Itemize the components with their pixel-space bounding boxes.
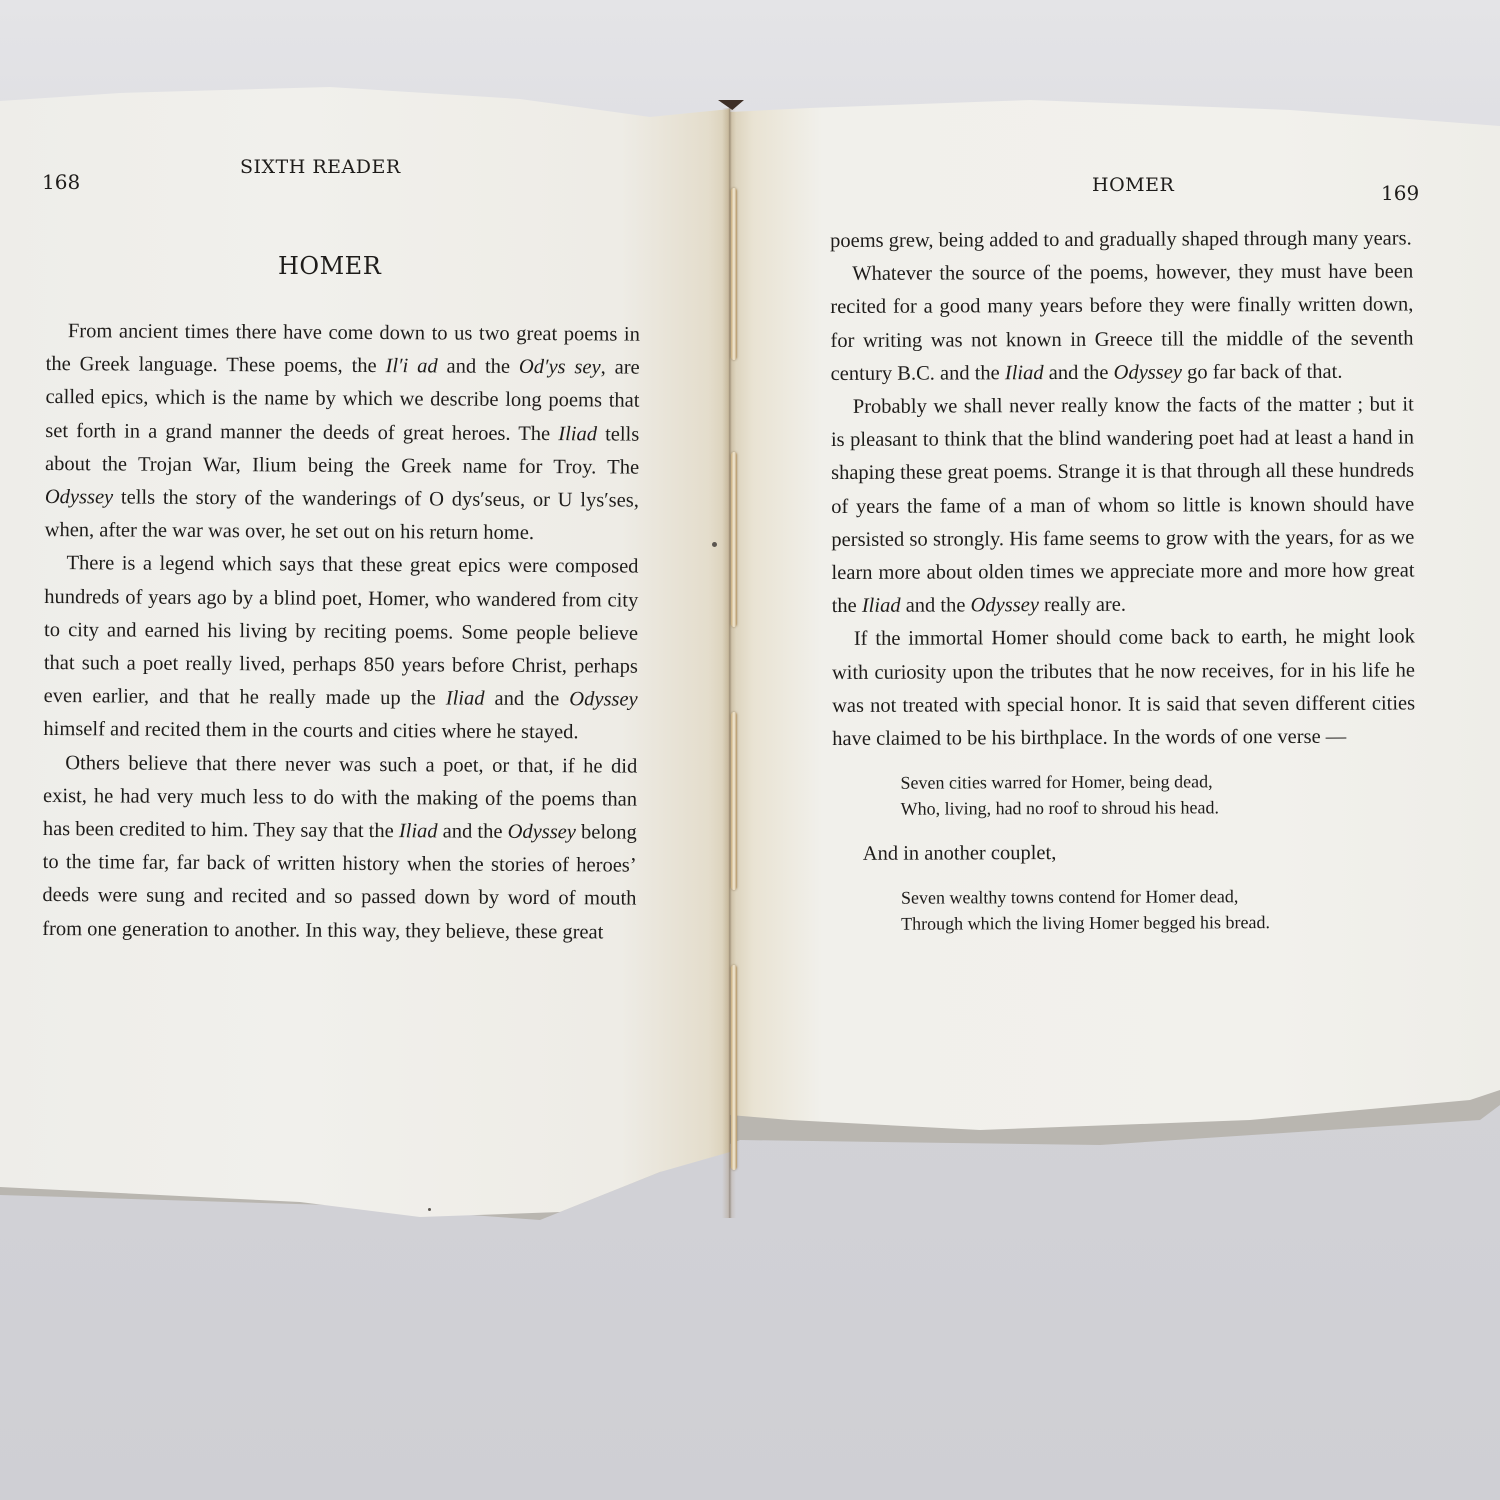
paper-speck (428, 1208, 431, 1211)
paper-speck (712, 542, 717, 547)
binding-thread (731, 712, 737, 890)
left-running-head: SIXTH READER (240, 156, 401, 178)
text-run: go far back of that. (1182, 361, 1343, 384)
text-run: and the (484, 688, 569, 711)
text-run: If the immortal Homer should come back t… (832, 626, 1415, 750)
binding-thread (731, 188, 737, 360)
verse-couplet: Seven wealthy towns contend for Homer de… (901, 883, 1416, 937)
paragraph: poems grew, being added to and gradually… (830, 222, 1413, 258)
paragraph: Whatever the source of the poems, howeve… (830, 256, 1414, 391)
italic-title: Iliad (558, 423, 597, 445)
italic-title: Odyssey (508, 821, 576, 843)
italic-title: Od′ys sey (519, 356, 601, 378)
italic-title: Iliad (862, 595, 901, 617)
verse-line: Seven wealthy towns contend for Homer de… (901, 883, 1416, 911)
italic-title: Iliad (399, 820, 438, 842)
left-page-body: From ancient times there have come down … (42, 315, 640, 949)
italic-title: Iliad (1005, 362, 1044, 384)
verse-line: Who, living, had no roof to shroud his h… (900, 794, 1415, 822)
paragraph: From ancient times there have come down … (45, 315, 640, 551)
right-page-number: 169 (1381, 181, 1419, 205)
binding-thread (731, 452, 737, 627)
text-run: There is a legend which says that these … (44, 553, 639, 710)
text-run: tells the story of the wanderings of O d… (45, 486, 639, 544)
right-running-head: HOMER (1092, 174, 1174, 196)
italic-title: Il′i ad (385, 355, 437, 377)
text-run: and the (1044, 362, 1114, 384)
verse-couplet: Seven cities warred for Homer, being dea… (900, 768, 1415, 822)
italic-title: Odyssey (45, 486, 113, 508)
open-book: 168 SIXTH READER HOMER From ancient time… (0, 0, 1500, 1500)
text-run: poems grew, being added to and gradually… (830, 227, 1412, 252)
chapter-title: HOMER (278, 252, 381, 280)
text-run: himself and recited them in the courts a… (43, 718, 578, 743)
verse-line: Through which the living Homer begged hi… (901, 909, 1416, 937)
couplet-intro: And in another couplet, (833, 836, 1416, 872)
text-run: Probably we shall never really know the … (831, 393, 1415, 617)
right-page-body: poems grew, being added to and gradually… (830, 222, 1416, 951)
paragraph: There is a legend which says that these … (43, 547, 638, 750)
paragraph: Others believe that there never was such… (42, 747, 637, 950)
italic-title: Odyssey (1114, 361, 1182, 383)
binding-thread (731, 965, 737, 1170)
text-run: and the (901, 595, 971, 617)
paragraph: If the immortal Homer should come back t… (832, 621, 1416, 756)
text-run: and the (438, 356, 519, 378)
text-run: and the (438, 820, 508, 842)
italic-title: Odyssey (971, 594, 1039, 616)
italic-title: Odyssey (569, 688, 637, 710)
verse-line: Seven cities warred for Homer, being dea… (900, 768, 1415, 796)
paragraph: Probably we shall never really know the … (831, 388, 1415, 623)
left-page-number: 168 (42, 170, 80, 194)
italic-title: Iliad (446, 688, 485, 710)
text-run: really are. (1039, 594, 1126, 616)
